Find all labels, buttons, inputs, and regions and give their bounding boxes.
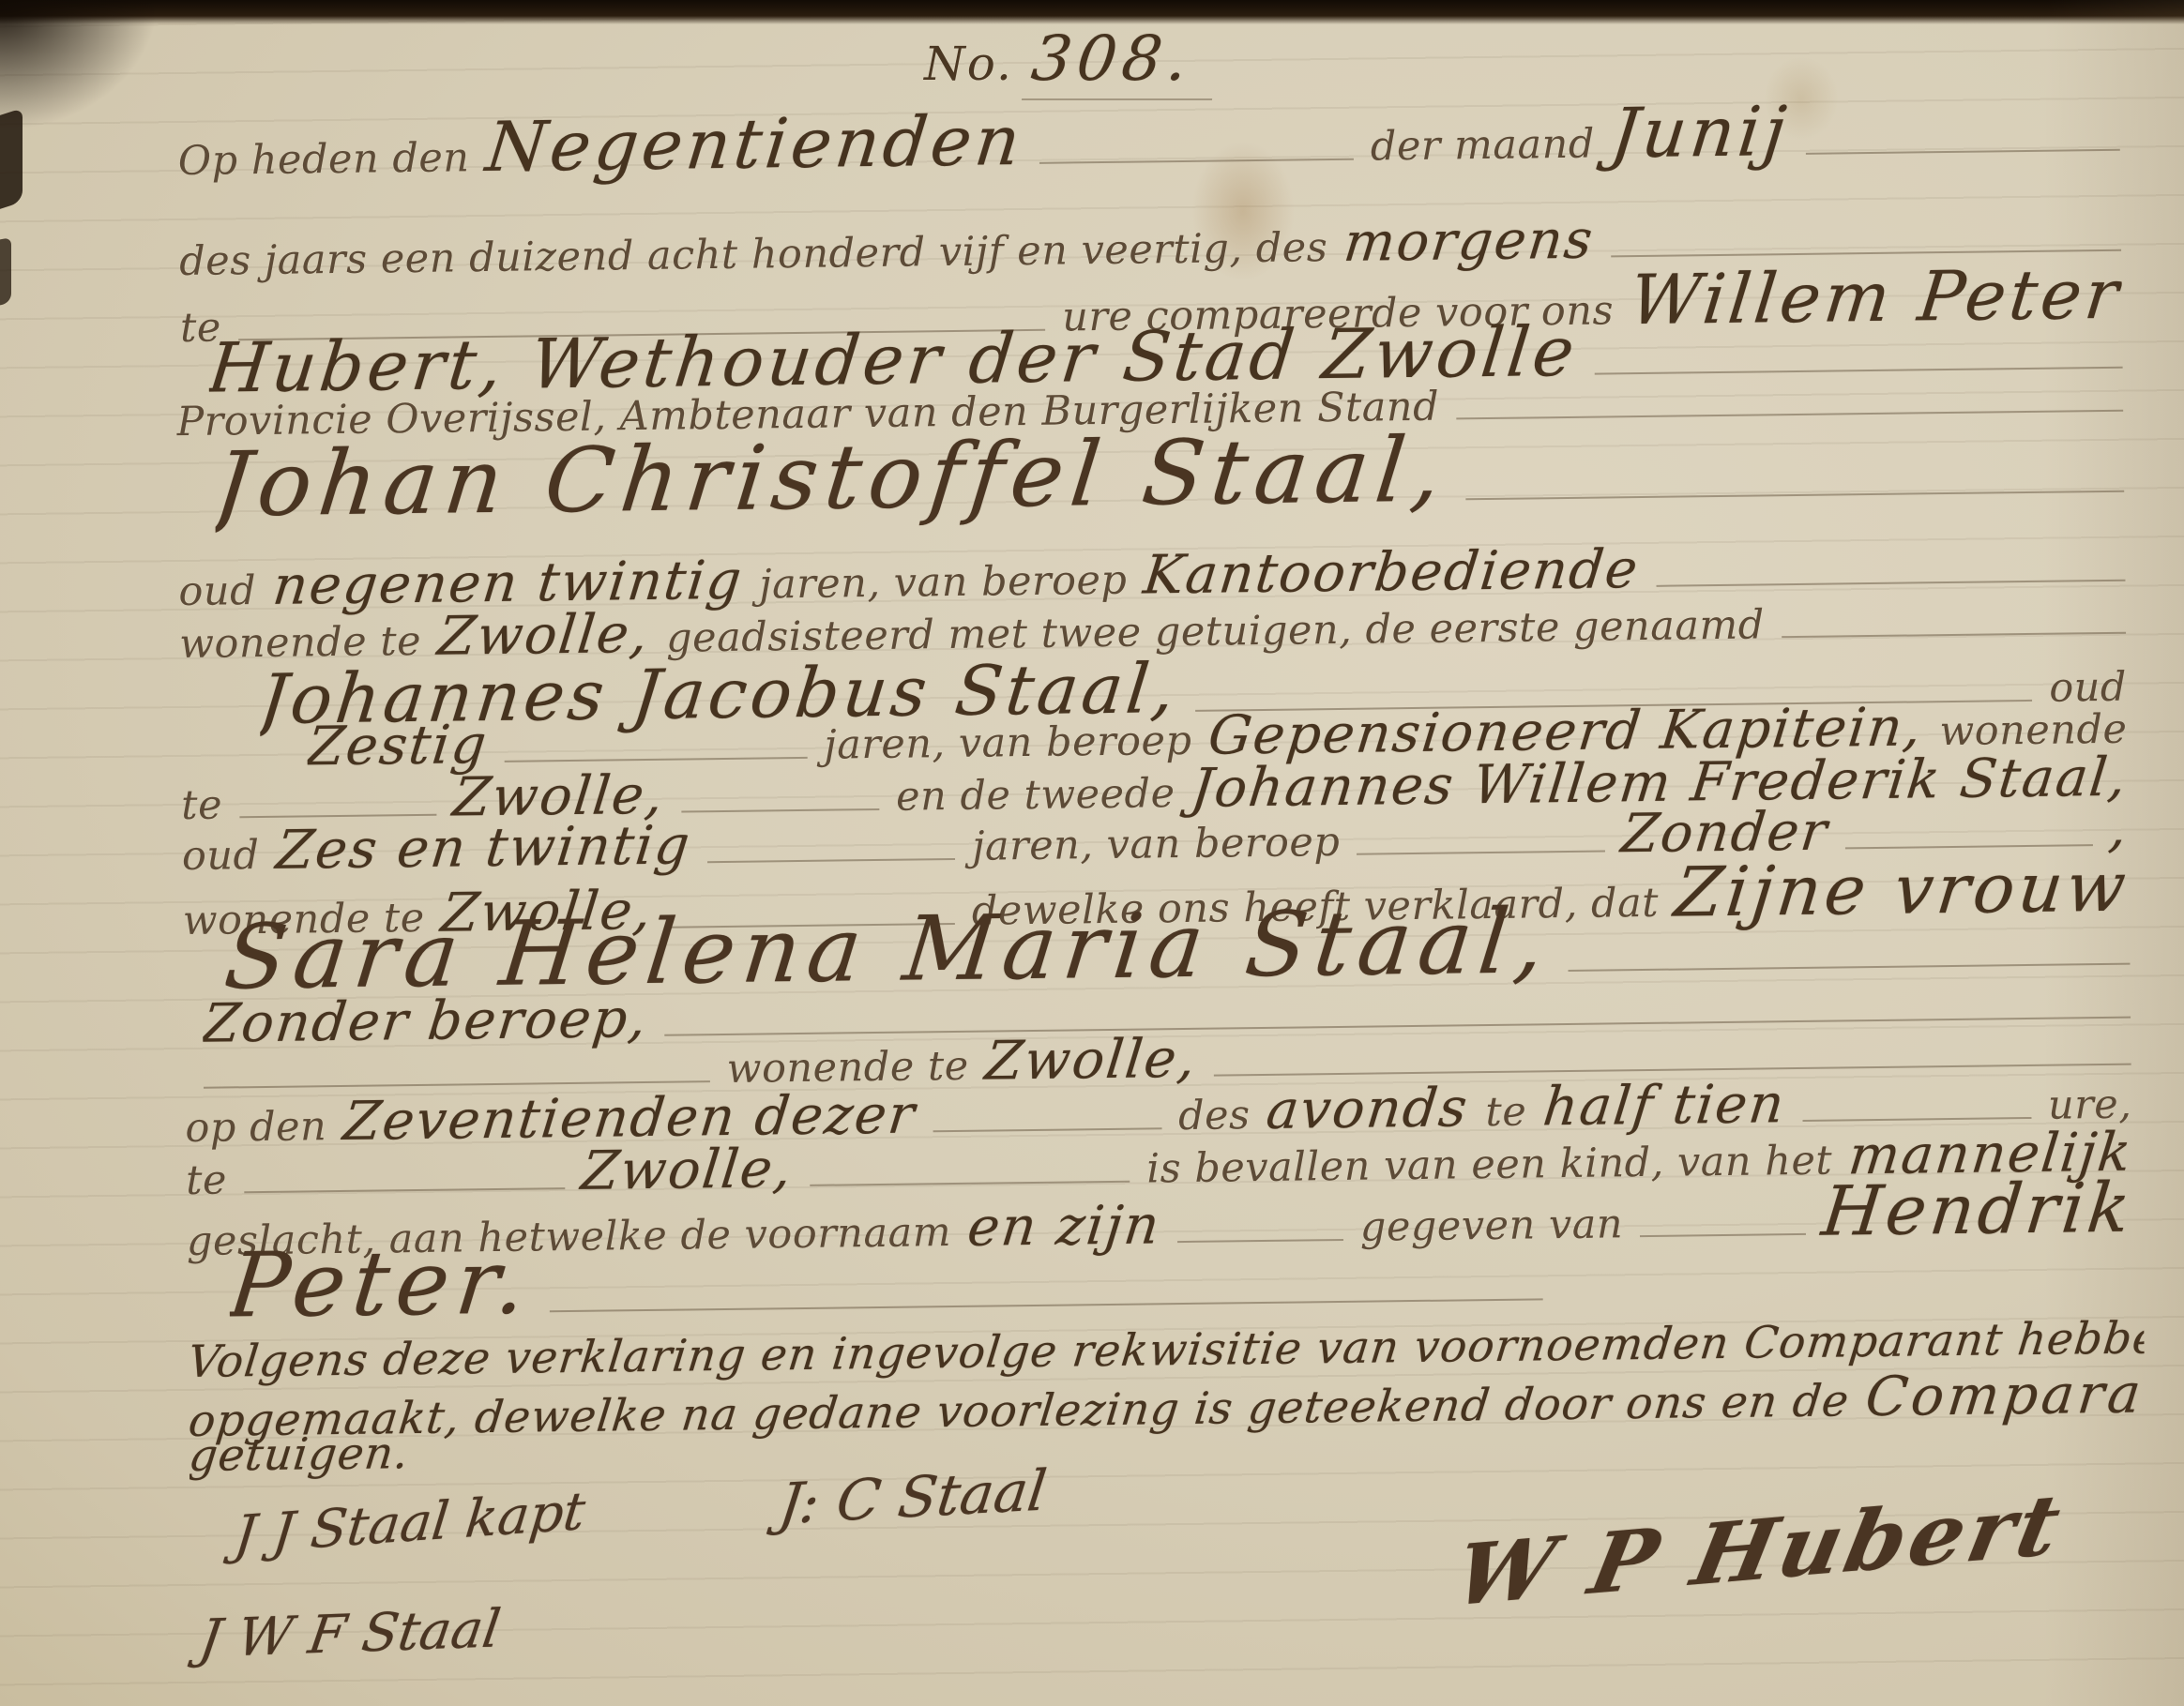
blank-rule — [1569, 956, 2131, 972]
document-lines: Op heden denNegentiendender maandJunijde… — [0, 0, 2184, 1706]
blank-rule — [1806, 142, 2120, 155]
handwritten-entry: Johan Christoffel Staal, — [214, 418, 1453, 536]
blank-rule — [1465, 483, 2125, 501]
blank-rule — [682, 801, 880, 813]
blank-rule — [1656, 572, 2125, 587]
signature-witness-j-w-f-staal: J W F Staal — [196, 1598, 505, 1669]
form-text: der maand — [1371, 121, 1596, 171]
handwritten-entry: Junij — [1607, 92, 1794, 174]
handwritten-entry: getuigen. — [189, 1427, 412, 1482]
blank-rule — [1845, 837, 2093, 849]
blank-rule — [1357, 843, 1604, 855]
document-line: Johan Christoffel Staal, — [214, 411, 2124, 537]
blank-rule — [239, 807, 437, 819]
handwritten-entry: Peter. — [229, 1230, 538, 1337]
blank-rule — [550, 1291, 1543, 1312]
document-line: Peter. — [229, 1218, 1543, 1337]
birth-record-document: No. 308. Op heden denNegentiendender maa… — [0, 0, 2184, 1706]
handwritten-entry: Comparant en de — [1862, 1362, 2145, 1429]
document-line: getuigen. — [189, 1422, 846, 1482]
form-text: Op heden den — [178, 134, 470, 185]
handwritten-entry: Negentienden — [482, 101, 1027, 188]
blank-rule — [1782, 625, 2126, 638]
document-line: Op heden denNegentiendender maandJunij — [177, 88, 2120, 191]
blank-rule — [505, 749, 808, 762]
blank-rule — [707, 851, 955, 863]
handwritten-entry: Hendrik — [1818, 1169, 2133, 1252]
blank-rule — [1594, 359, 2122, 375]
blank-rule — [1802, 1110, 2031, 1122]
blank-rule — [1640, 1226, 1806, 1237]
blank-rule — [1039, 151, 1354, 164]
blank-rule — [933, 1120, 1161, 1132]
